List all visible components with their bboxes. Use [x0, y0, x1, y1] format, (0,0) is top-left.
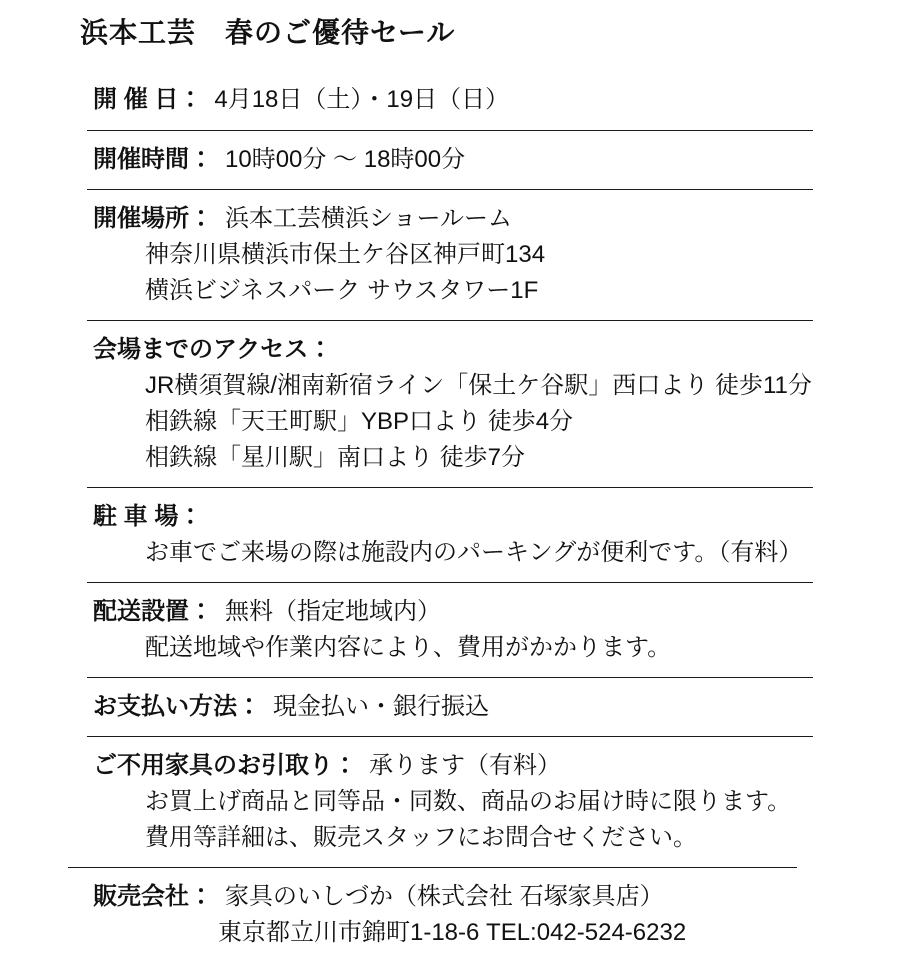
venue-address-line: 神奈川県横浜市保土ケ谷区神戸町134	[93, 237, 900, 273]
field-value-event-date: 4月18日（土）・19日（日）	[214, 86, 509, 113]
section-payment: お支払い方法：現金払い・銀行振込	[93, 678, 900, 736]
section-parking: 駐 車 場： お車でご来場の際は施設内のパーキングが便利です。（有料）	[93, 488, 900, 582]
page-title: 浜本工芸 春のご優待セール	[80, 14, 900, 52]
field-label-event-date: 開 催 日：	[93, 86, 202, 113]
section-delivery: 配送設置：無料（指定地域内） 配送地域や作業内容により、費用がかかります。	[93, 583, 900, 677]
field-label-event-hours: 開催時間：	[93, 146, 213, 173]
section-furniture-pickup: ご不用家具のお引取り：承ります（有料） お買上げ商品と同等品・同数、商品のお届け…	[93, 737, 900, 867]
sale-info-document: 浜本工芸 春のご優待セール 開 催 日：4月18日（土）・19日（日） 開催時間…	[0, 0, 900, 960]
field-label-access: 会場までのアクセス：	[93, 336, 332, 363]
section-event-hours: 開催時間：10時00分 ～ 18時00分	[93, 131, 900, 189]
section-venue: 開催場所：浜本工芸横浜ショールーム 神奈川県横浜市保土ケ谷区神戸町134 横浜ビ…	[93, 190, 900, 320]
field-value-furniture-pickup: 承ります（有料）	[369, 752, 561, 779]
pickup-contact-line: 費用等詳細は、販売スタッフにお問合せください。	[93, 820, 900, 856]
field-label-delivery: 配送設置：	[93, 598, 213, 625]
seller-address-line: 東京都立川市錦町1-18-6 TEL:042-524-6232	[93, 915, 900, 951]
field-label-furniture-pickup: ご不用家具のお引取り：	[93, 752, 357, 779]
field-value-venue: 浜本工芸横浜ショールーム	[225, 205, 512, 232]
field-label-parking: 駐 車 場：	[93, 503, 202, 530]
access-route-line: 相鉄線「天王町駅」YBP口より 徒歩4分	[93, 404, 900, 440]
pickup-condition-line: お買上げ商品と同等品・同数、商品のお届け時に限ります。	[93, 784, 900, 820]
access-route-line: 相鉄線「星川駅」南口より 徒歩7分	[93, 440, 900, 476]
field-label-payment: お支払い方法：	[93, 693, 261, 720]
parking-note-line: お車でご来場の際は施設内のパーキングが便利です。（有料）	[93, 535, 900, 571]
field-value-delivery: 無料（指定地域内）	[225, 598, 441, 625]
venue-building-line: 横浜ビジネスパーク サウスタワー1F	[93, 273, 900, 309]
access-route-line: JR横須賀線/湘南新宿ライン「保土ケ谷駅」西口より 徒歩11分	[93, 368, 900, 404]
field-value-seller: 家具のいしづか（株式会社 石塚家具店）	[225, 883, 664, 910]
section-seller: 販売会社：家具のいしづか（株式会社 石塚家具店） 東京都立川市錦町1-18-6 …	[93, 868, 900, 960]
field-label-venue: 開催場所：	[93, 205, 213, 232]
field-value-payment: 現金払い・銀行振込	[273, 693, 489, 720]
section-event-date: 開 催 日：4月18日（土）・19日（日）	[93, 52, 900, 130]
field-value-event-hours: 10時00分 ～ 18時00分	[225, 146, 465, 173]
section-access: 会場までのアクセス： JR横須賀線/湘南新宿ライン「保土ケ谷駅」西口より 徒歩1…	[93, 321, 900, 487]
delivery-note-line: 配送地域や作業内容により、費用がかかります。	[93, 630, 900, 666]
field-label-seller: 販売会社：	[93, 883, 213, 910]
